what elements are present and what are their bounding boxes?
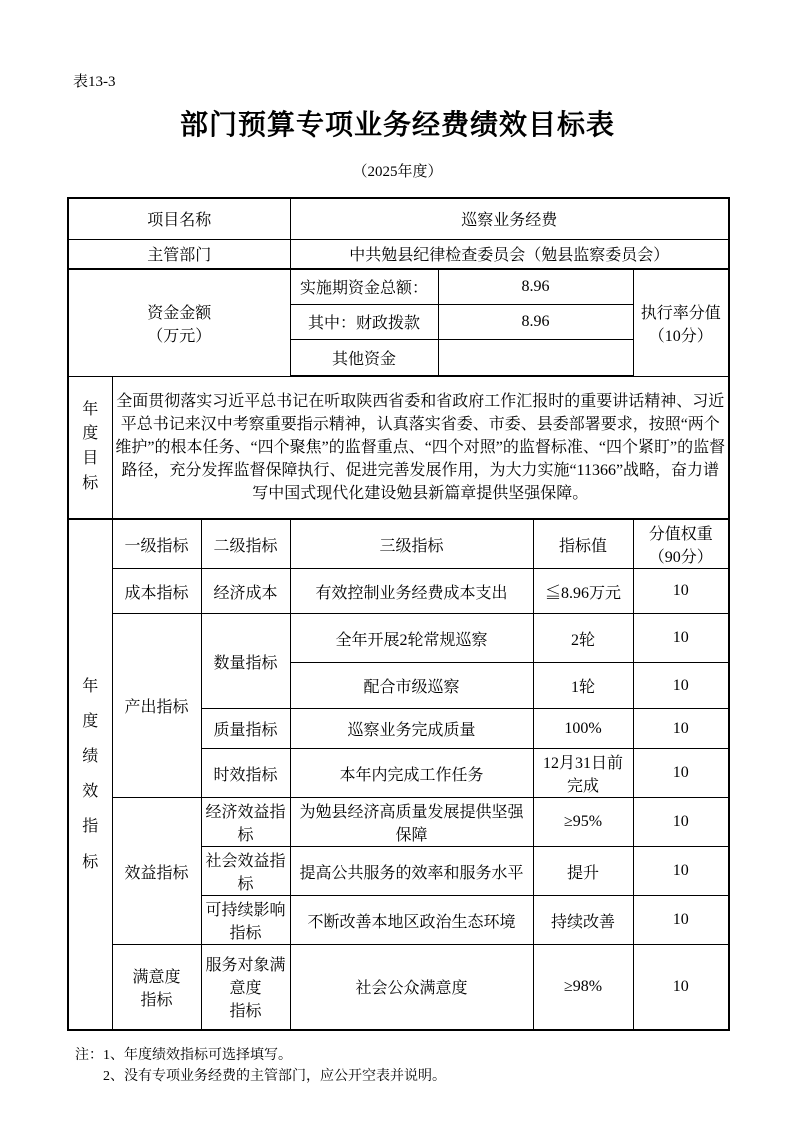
project-name-row: 项目名称 巡察业务经费 [68,198,729,239]
value-cell: 100% [533,709,633,749]
project-name-label: 项目名称 [68,198,290,239]
value-cell: ≥95% [533,798,633,847]
weight-cell: 10 [633,709,729,749]
perf-header-l2: 二级指标 [201,519,290,569]
perf-row: 成本指标 经济成本 有效控制业务经费成本支出 ≦8.96万元 10 [68,569,729,614]
l3-cell: 为勉县经济高质量发展提供坚强保障 [290,798,533,847]
fund-total-value: 8.96 [438,269,633,304]
l3-cell: 全年开展2轮常规巡察 [290,614,533,663]
value-cell: 12月31日前 完成 [533,749,633,798]
l1-cell: 效益指标 [112,798,201,945]
perf-header-l3: 三级指标 [290,519,533,569]
weight-cell: 10 [633,663,729,709]
l2-cell: 经济成本 [201,569,290,614]
l2-cell: 数量指标 [201,614,290,709]
annual-goal-row: 年度目标 全面贯彻落实习近平总书记在听取陕西省委和省政府工作汇报时的重要讲话精神… [68,376,729,519]
l3-cell: 配合市级巡察 [290,663,533,709]
exec-rate-label: 执行率分值 （10分） [633,269,729,376]
fund-row-total: 资金金额 （万元） 实施期资金总额： 8.96 执行率分值 （10分） [68,269,729,304]
weight-cell: 10 [633,945,729,1030]
project-name-value: 巡察业务经费 [290,198,729,239]
fund-amount-label: 资金金额 （万元） [68,269,290,376]
weight-cell: 10 [633,569,729,614]
weight-cell: 10 [633,749,729,798]
value-cell: 1轮 [533,663,633,709]
department-label: 主管部门 [68,239,290,269]
perf-section-label: 年度绩效指标 [68,519,112,1030]
l3-cell: 社会公众满意度 [290,945,533,1030]
weight-cell: 10 [633,614,729,663]
l3-cell: 不断改善本地区政治生态环境 [290,896,533,945]
fund-total-label: 实施期资金总额： [290,269,438,304]
weight-cell: 10 [633,896,729,945]
perf-row: 产出指标 数量指标 全年开展2轮常规巡察 2轮 10 [68,614,729,663]
form-code: 表13-3 [73,70,728,91]
perf-row: 效益指标 经济效益指标 为勉县经济高质量发展提供坚强保障 ≥95% 10 [68,798,729,847]
perf-header-row: 年度绩效指标 一级指标 二级指标 三级指标 指标值 分值权重 （90分） [68,519,729,569]
annual-goal-label: 年度目标 [68,376,112,519]
perf-header-l1: 一级指标 [112,519,201,569]
weight-cell: 10 [633,847,729,896]
l1-cell: 成本指标 [112,569,201,614]
fund-fiscal-label: 其中：财政拨款 [290,304,438,339]
perf-row: 满意度 指标 服务对象满意度 指标 社会公众满意度 ≥98% 10 [68,945,729,1030]
l2-cell: 经济效益指标 [201,798,290,847]
page-title: 部门预算专项业务经费绩效目标表 [67,103,728,143]
l2-cell: 可持续影响指标 [201,896,290,945]
value-cell: ≥98% [533,945,633,1030]
performance-target-table: 项目名称 巡察业务经费 主管部门 中共勉县纪律检查委员会（勉县监察委员会） 资金… [67,197,730,1031]
fund-fiscal-value: 8.96 [438,304,633,339]
value-cell: 持续改善 [533,896,633,945]
value-cell: 2轮 [533,614,633,663]
l1-cell: 产出指标 [112,614,201,798]
annual-goal-text: 全面贯彻落实习近平总书记在听取陕西省委和省政府工作汇报时的重要讲话精神、习近平总… [112,376,729,519]
l1-cell: 满意度 指标 [112,945,201,1030]
l2-cell: 质量指标 [201,709,290,749]
l2-cell: 时效指标 [201,749,290,798]
footnotes: 注：1、年度绩效指标可选择填写。 2、没有专项业务经费的主管部门，应公开空表并说… [75,1045,728,1087]
fund-other-value [438,339,633,376]
footnote-prefix: 注： [75,1048,103,1063]
page-subtitle: （2025年度） [67,160,728,181]
l3-cell: 有效控制业务经费成本支出 [290,569,533,614]
department-value: 中共勉县纪律检查委员会（勉县监察委员会） [290,239,729,269]
footnote-2: 2、没有专项业务经费的主管部门，应公开空表并说明。 [75,1066,728,1087]
weight-cell: 10 [633,798,729,847]
l2-cell: 社会效益指标 [201,847,290,896]
l3-cell: 提高公共服务的效率和服务水平 [290,847,533,896]
value-cell: ≦8.96万元 [533,569,633,614]
perf-header-value: 指标值 [533,519,633,569]
fund-other-label: 其他资金 [290,339,438,376]
department-row: 主管部门 中共勉县纪律检查委员会（勉县监察委员会） [68,239,729,269]
perf-header-weight: 分值权重 （90分） [633,519,729,569]
l3-cell: 本年内完成工作任务 [290,749,533,798]
l3-cell: 巡察业务完成质量 [290,709,533,749]
l2-cell: 服务对象满意度 指标 [201,945,290,1030]
value-cell: 提升 [533,847,633,896]
footnote-1: 注：1、年度绩效指标可选择填写。 [75,1045,728,1066]
